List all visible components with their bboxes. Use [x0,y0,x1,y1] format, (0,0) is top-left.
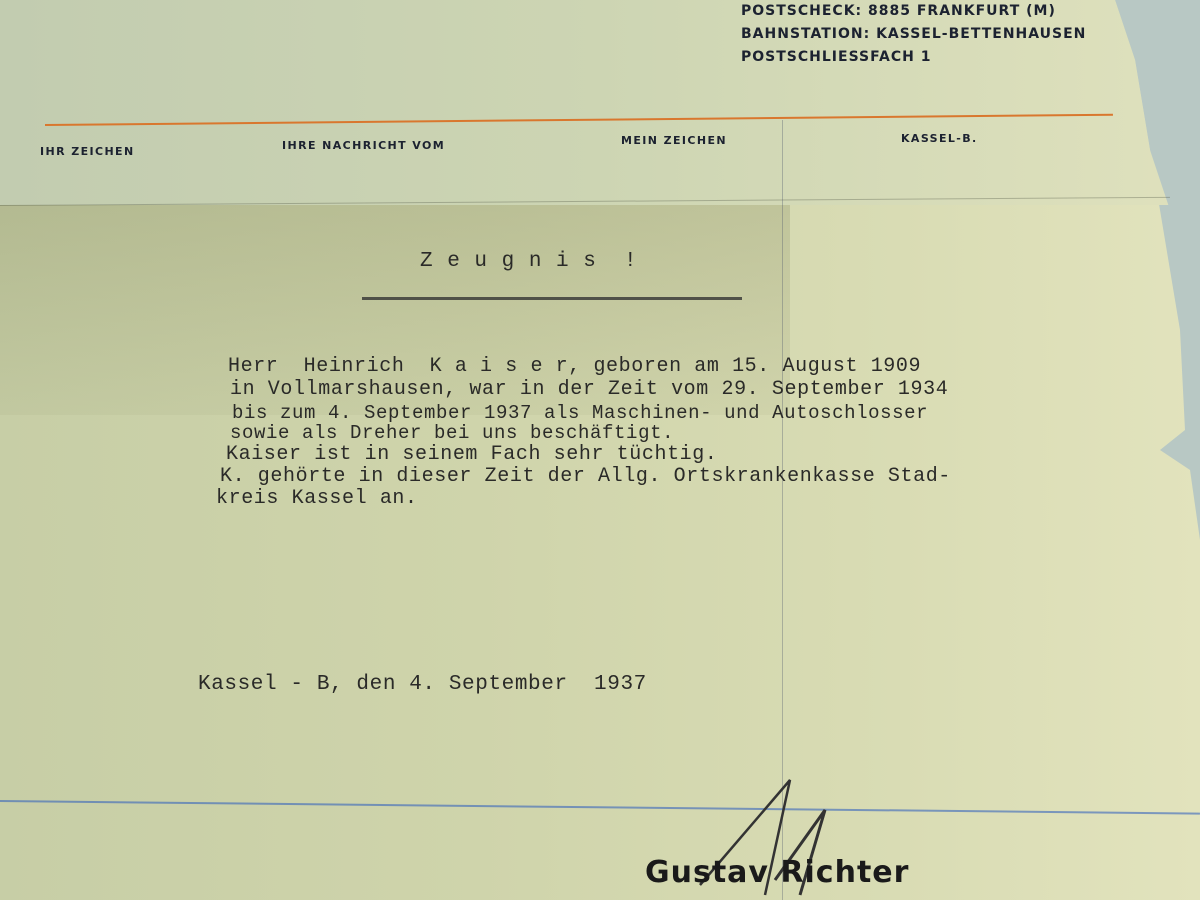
body-line: sowie als Dreher bei uns beschäftigt. [230,422,674,444]
label-mein-zeichen: MEIN ZEICHEN [621,134,727,147]
body-line: bis zum 4. September 1937 als Maschinen-… [232,402,928,424]
document-title: Z e u g n i s ! [420,250,638,273]
body-line: in Vollmarshausen, war in der Zeit vom 2… [230,378,948,401]
label-ihr-zeichen: IHR ZEICHEN [40,145,135,158]
signature-stamp: Gustav Richter [645,855,909,890]
body-line: kreis Kassel an. [216,487,418,510]
label-place: KASSEL-B. [901,132,978,145]
body-line: Herr Heinrich K a i s e r, geboren am 15… [228,355,921,378]
body-line: K. gehörte in dieser Zeit der Allg. Orts… [220,465,951,488]
letterhead-bahnstation: BAHNSTATION: KASSEL-BETTENHAUSEN [741,23,1086,46]
letterhead-contact: POSTSCHECK: 8885 FRANKFURT (M) BAHNSTATI… [741,0,1086,69]
label-ihre-nachricht-vom: IHRE NACHRICHT VOM [282,139,445,152]
body-line: Kaiser ist in seinem Fach sehr tüchtig. [226,443,717,466]
title-underline [362,297,742,300]
place-and-date: Kassel - B, den 4. September 1937 [198,673,647,696]
letterhead-postscheck: POSTSCHECK: 8885 FRANKFURT (M) [741,0,1086,23]
letterhead-postschliessfach: POSTSCHLIESSFACH 1 [741,46,1086,69]
